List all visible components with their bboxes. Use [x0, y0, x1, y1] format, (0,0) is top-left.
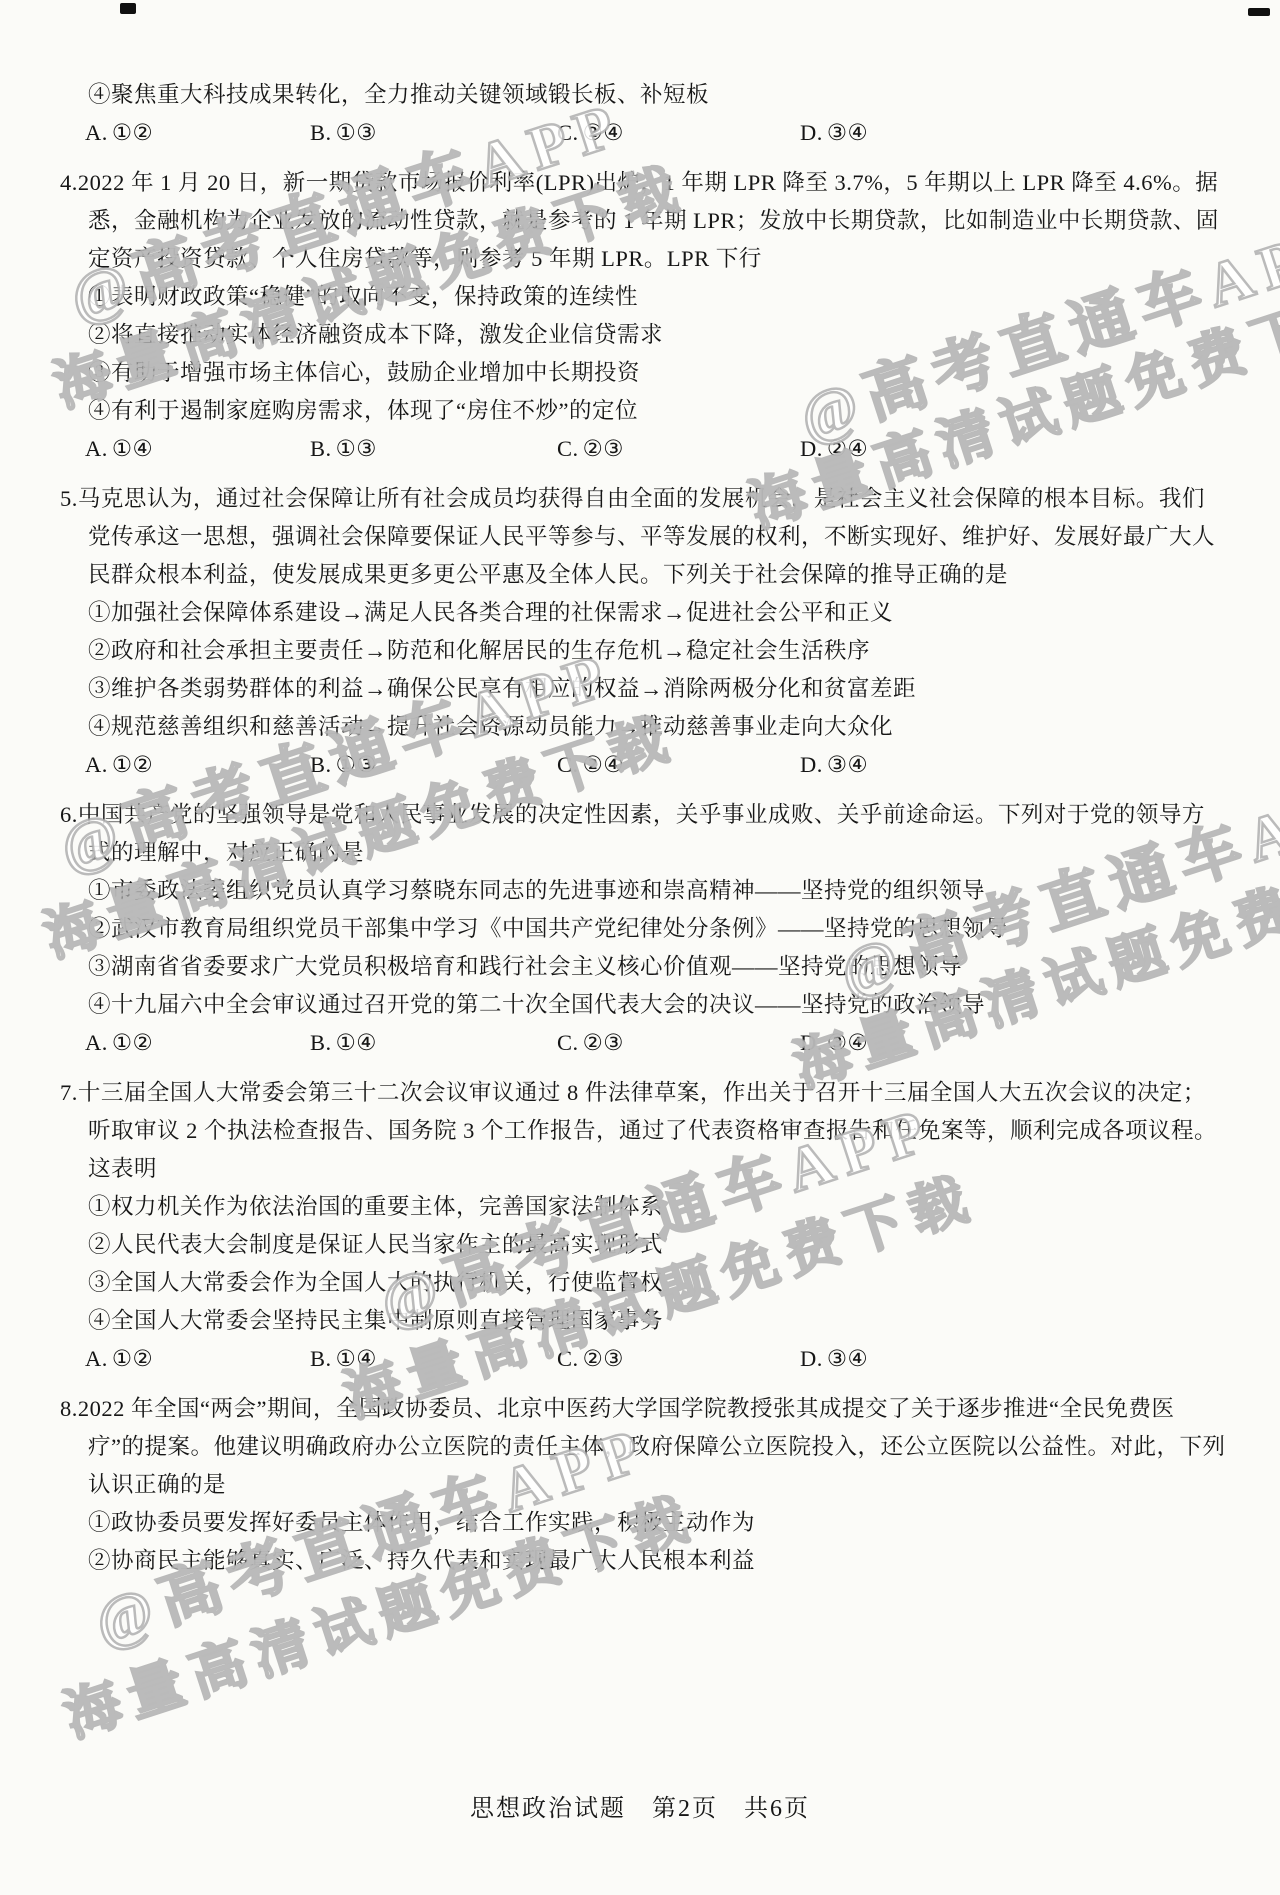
footer-page-total: 共6页 — [744, 1796, 810, 1822]
option-c: C.②④ — [557, 746, 800, 784]
answer-options-row: A.①④ B.①③ C.②③ D.②④ — [85, 430, 1226, 468]
question-number: 7. — [60, 1080, 78, 1105]
option-d: D.③④ — [800, 114, 1226, 152]
question-stem: 7.十三届全国人大常委会第三十二次会议审议通过 8 件法律草案，作出关于召开十三… — [88, 1074, 1226, 1188]
footer-page-number: 第2页 — [652, 1796, 718, 1822]
question-number: 6. — [60, 802, 78, 827]
question-7: 7.十三届全国人大常委会第三十二次会议审议通过 8 件法律草案，作出关于召开十三… — [60, 1074, 1226, 1378]
statement-item: ①表明财政政策“稳健”的取向不变，保持政策的连续性 — [88, 278, 1226, 316]
footer-doc-title: 思想政治试题 — [470, 1796, 626, 1822]
answer-options-row: A.①② B.①④ C.②③ D.③④ — [85, 1024, 1226, 1062]
option-d: D.③④ — [800, 746, 1226, 784]
option-c: C.②④ — [557, 114, 800, 152]
question-3-tail: ④聚焦重大科技成果转化，全力推动关键领域锻长板、补短板 A.①② B.①③ C.… — [60, 76, 1226, 152]
option-d: D.③④ — [800, 1340, 1226, 1378]
question-stem: 4.2022 年 1 月 20 日，新一期贷款市场报价利率(LPR)出炉，1 年… — [88, 164, 1226, 278]
answer-options-row: A.①② B.①③ C.②④ D.③④ — [85, 746, 1226, 784]
option-b: B.①③ — [310, 114, 557, 152]
option-d: D.③④ — [800, 1024, 1226, 1062]
option-a: A.①④ — [85, 430, 310, 468]
statement-item: ③全国人大常委会作为全国人大的执行机关，行使监督权 — [88, 1264, 1226, 1302]
option-c: C.②③ — [557, 1024, 800, 1062]
option-b: B.①③ — [310, 430, 557, 468]
option-b: B.①④ — [310, 1024, 557, 1062]
statement-item: ③有助于增强市场主体信心，鼓励企业增加中长期投资 — [88, 354, 1226, 392]
answer-options-row: A.①② B.①④ C.②③ D.③④ — [85, 1340, 1226, 1378]
option-a: A.①② — [85, 746, 310, 784]
exam-content: ④聚焦重大科技成果转化，全力推动关键领域锻长板、补短板 A.①② B.①③ C.… — [60, 76, 1226, 1592]
question-4: 4.2022 年 1 月 20 日，新一期贷款市场报价利率(LPR)出炉，1 年… — [60, 164, 1226, 468]
statement-item: ②协商民主能够真实、广泛、持久代表和实现最广大人民根本利益 — [88, 1542, 1226, 1580]
answer-options-row: A.①② B.①③ C.②④ D.③④ — [85, 114, 1226, 152]
option-a: A.①② — [85, 1024, 310, 1062]
statement-item: ①政协委员要发挥好委员主体作用，结合工作实践，积极主动作为 — [88, 1504, 1226, 1542]
statement-item: ②人民代表大会制度是保证人民当家作主的最高实现形式 — [88, 1226, 1226, 1264]
statement-item: ④全国人大常委会坚持民主集中制原则直接管理国家事务 — [88, 1302, 1226, 1340]
scanned-exam-page: @高考直通车APP 海量高清试题免费下载 @高考直通车APP 海量高清试题免费下… — [0, 0, 1280, 1895]
statement-item: ②武汉市教育局组织党员干部集中学习《中国共产党纪律处分条例》——坚持党的思想领导 — [88, 910, 1226, 948]
option-d: D.②④ — [800, 430, 1226, 468]
option-b: B.①④ — [310, 1340, 557, 1378]
statement-item: ①市委政法委组织党员认真学习蔡晓东同志的先进事迹和崇高精神——坚持党的组织领导 — [88, 872, 1226, 910]
question-number: 5. — [60, 486, 78, 511]
statement-item: ③湖南省省委要求广大党员积极培育和践行社会主义核心价值观——坚持党的思想领导 — [88, 948, 1226, 986]
statement-item: ④十九届六中全会审议通过召开党的第二十次全国代表大会的决议——坚持党的政治领导 — [88, 986, 1226, 1024]
statement-item: ④规范慈善组织和慈善活动→提升社会资源动员能力→推动慈善事业走向大众化 — [88, 708, 1226, 746]
option-c: C.②③ — [557, 430, 800, 468]
option-c: C.②③ — [557, 1340, 800, 1378]
question-stem: 8.2022 年全国“两会”期间，全国政协委员、北京中医药大学国学院教授张其成提… — [88, 1390, 1226, 1504]
question-stem: 6.中国共产党的坚强领导是党和人民事业发展的决定性因素，关乎事业成败、关乎前途命… — [88, 796, 1226, 872]
statement-item: ③维护各类弱势群体的利益→确保公民享有相应的权益→消除两极分化和贫富差距 — [88, 670, 1226, 708]
statement-item: ④聚焦重大科技成果转化，全力推动关键领域锻长板、补短板 — [88, 76, 1226, 114]
scan-artifact — [1248, 8, 1270, 16]
statement-item: ②将直接推动实体经济融资成本下降，激发企业信贷需求 — [88, 316, 1226, 354]
statement-item: ①权力机关作为依法治国的重要主体，完善国家法制体系 — [88, 1188, 1226, 1226]
statement-item: ①加强社会保障体系建设→满足人民各类合理的社保需求→促进社会公平和正义 — [88, 594, 1226, 632]
question-8: 8.2022 年全国“两会”期间，全国政协委员、北京中医药大学国学院教授张其成提… — [60, 1390, 1226, 1580]
statement-item: ④有利于遏制家庭购房需求，体现了“房住不炒”的定位 — [88, 392, 1226, 430]
question-5: 5.马克思认为，通过社会保障让所有社会成员均获得自由全面的发展机会，是社会主义社… — [60, 480, 1226, 784]
page-footer: 思想政治试题第2页共6页 — [0, 1788, 1280, 1823]
question-number: 8. — [60, 1396, 78, 1421]
scan-artifact — [120, 3, 136, 14]
question-6: 6.中国共产党的坚强领导是党和人民事业发展的决定性因素，关乎事业成败、关乎前途命… — [60, 796, 1226, 1062]
option-a: A.①② — [85, 114, 310, 152]
question-stem: 5.马克思认为，通过社会保障让所有社会成员均获得自由全面的发展机会，是社会主义社… — [88, 480, 1226, 594]
option-b: B.①③ — [310, 746, 557, 784]
option-a: A.①② — [85, 1340, 310, 1378]
statement-item: ②政府和社会承担主要责任→防范和化解居民的生存危机→稳定社会生活秩序 — [88, 632, 1226, 670]
question-number: 4. — [60, 170, 78, 195]
